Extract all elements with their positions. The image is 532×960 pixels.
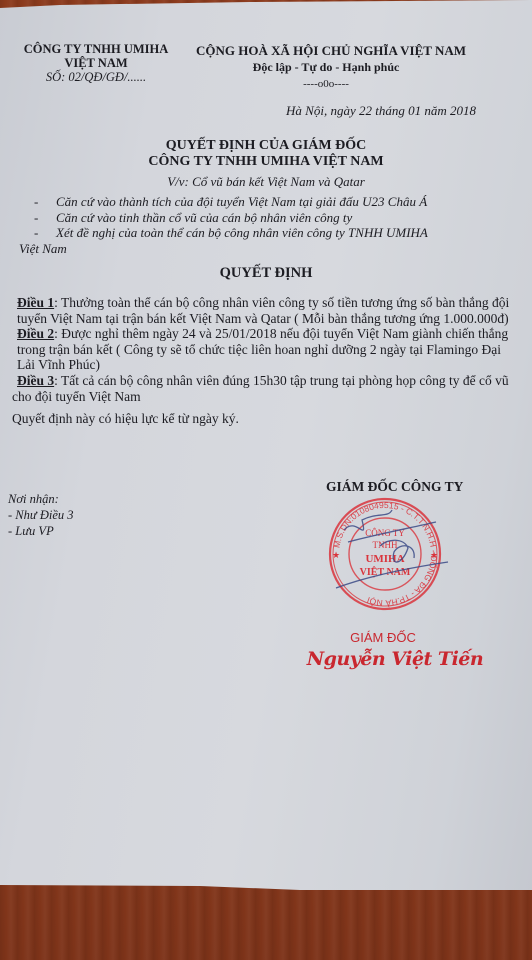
decision-subject: V/v: Cổ vũ bán kết Việt Nam và Qatar	[0, 174, 532, 190]
effective-clause: Quyết định này có hiệu lực kể từ ngày ký…	[12, 411, 239, 427]
basis-item: -Căn cứ vào thành tích của đội tuyển Việ…	[34, 194, 428, 210]
recipient-item: - Như Điều 3	[8, 507, 74, 523]
article-3: Điều 3: Tất cả cán bộ công nhân viên đún…	[17, 373, 517, 389]
recipients-heading: Nơi nhận:	[8, 491, 74, 507]
svg-text:VIỆT NAM: VIỆT NAM	[360, 565, 411, 578]
decision-company: CÔNG TY TNHH UMIHA VIỆT NAM	[0, 154, 532, 170]
svg-text:★: ★	[430, 550, 438, 560]
decision-heading: QUYẾT ĐỊNH	[0, 265, 532, 282]
ornament-divider: ----o0o----	[196, 76, 456, 93]
company-seal: M.S.DN:0108049515 - C.T.T.N.H.H - ĐỐNG Đ…	[318, 496, 452, 612]
basis-item: -Xét đề nghị của toàn thể cán bộ công nh…	[34, 225, 428, 241]
articles: Điều 1: Thưởng toàn thể cán bộ công nhân…	[17, 295, 517, 388]
signer-name: Nguyễn Việt Tiến	[300, 648, 490, 670]
svg-text:UMIHA: UMIHA	[365, 553, 404, 565]
basis-continuation: Việt Nam	[19, 241, 67, 257]
document-number: SỐ: 02/QĐ/GĐ/......	[22, 70, 170, 84]
basis-list: -Căn cứ vào thành tích của đội tuyển Việ…	[34, 194, 428, 241]
decision-title: QUYẾT ĐỊNH CỦA GIÁM ĐỐC	[0, 138, 532, 154]
company-name-line2: VIỆT NAM	[22, 56, 170, 70]
svg-text:★: ★	[332, 550, 340, 560]
national-header: CỘNG HOÀ XÃ HỘI CHỦ NGHĨA VIỆT NAM Độc l…	[196, 42, 456, 93]
article-2: Điều 2: Được nghỉ thêm ngày 24 và 25/01/…	[17, 326, 517, 373]
place-date: Hà Nội, ngày 22 tháng 01 năm 2018	[286, 103, 476, 119]
signer-role: GIÁM ĐỐC	[0, 630, 532, 645]
article-1: Điều 1: Thưởng toàn thể cán bộ công nhân…	[17, 295, 517, 326]
basis-item: -Căn cứ vào tinh thần cổ vũ của cán bộ n…	[34, 210, 428, 226]
company-name-line1: CÔNG TY TNHH UMIHA	[22, 42, 170, 56]
nation-title: CỘNG HOÀ XÃ HỘI CHỦ NGHĨA VIỆT NAM	[196, 42, 456, 59]
signature-title: GIÁM ĐỐC CÔNG TY	[326, 479, 463, 495]
national-motto: Độc lập - Tự do - Hạnh phúc	[196, 59, 456, 76]
company-header: CÔNG TY TNHH UMIHA VIỆT NAM SỐ: 02/QĐ/GĐ…	[22, 42, 170, 84]
recipients: Nơi nhận: - Như Điều 3 - Lưu VP	[8, 491, 74, 539]
article-3-continuation: cho đội tuyển Việt Nam	[12, 389, 141, 405]
recipient-item: - Lưu VP	[8, 523, 74, 539]
seal-stamp-icon: M.S.DN:0108049515 - C.T.T.N.H.H - ĐỐNG Đ…	[318, 496, 452, 612]
decision-document: CÔNG TY TNHH UMIHA VIỆT NAM SỐ: 02/QĐ/GĐ…	[0, 0, 532, 890]
